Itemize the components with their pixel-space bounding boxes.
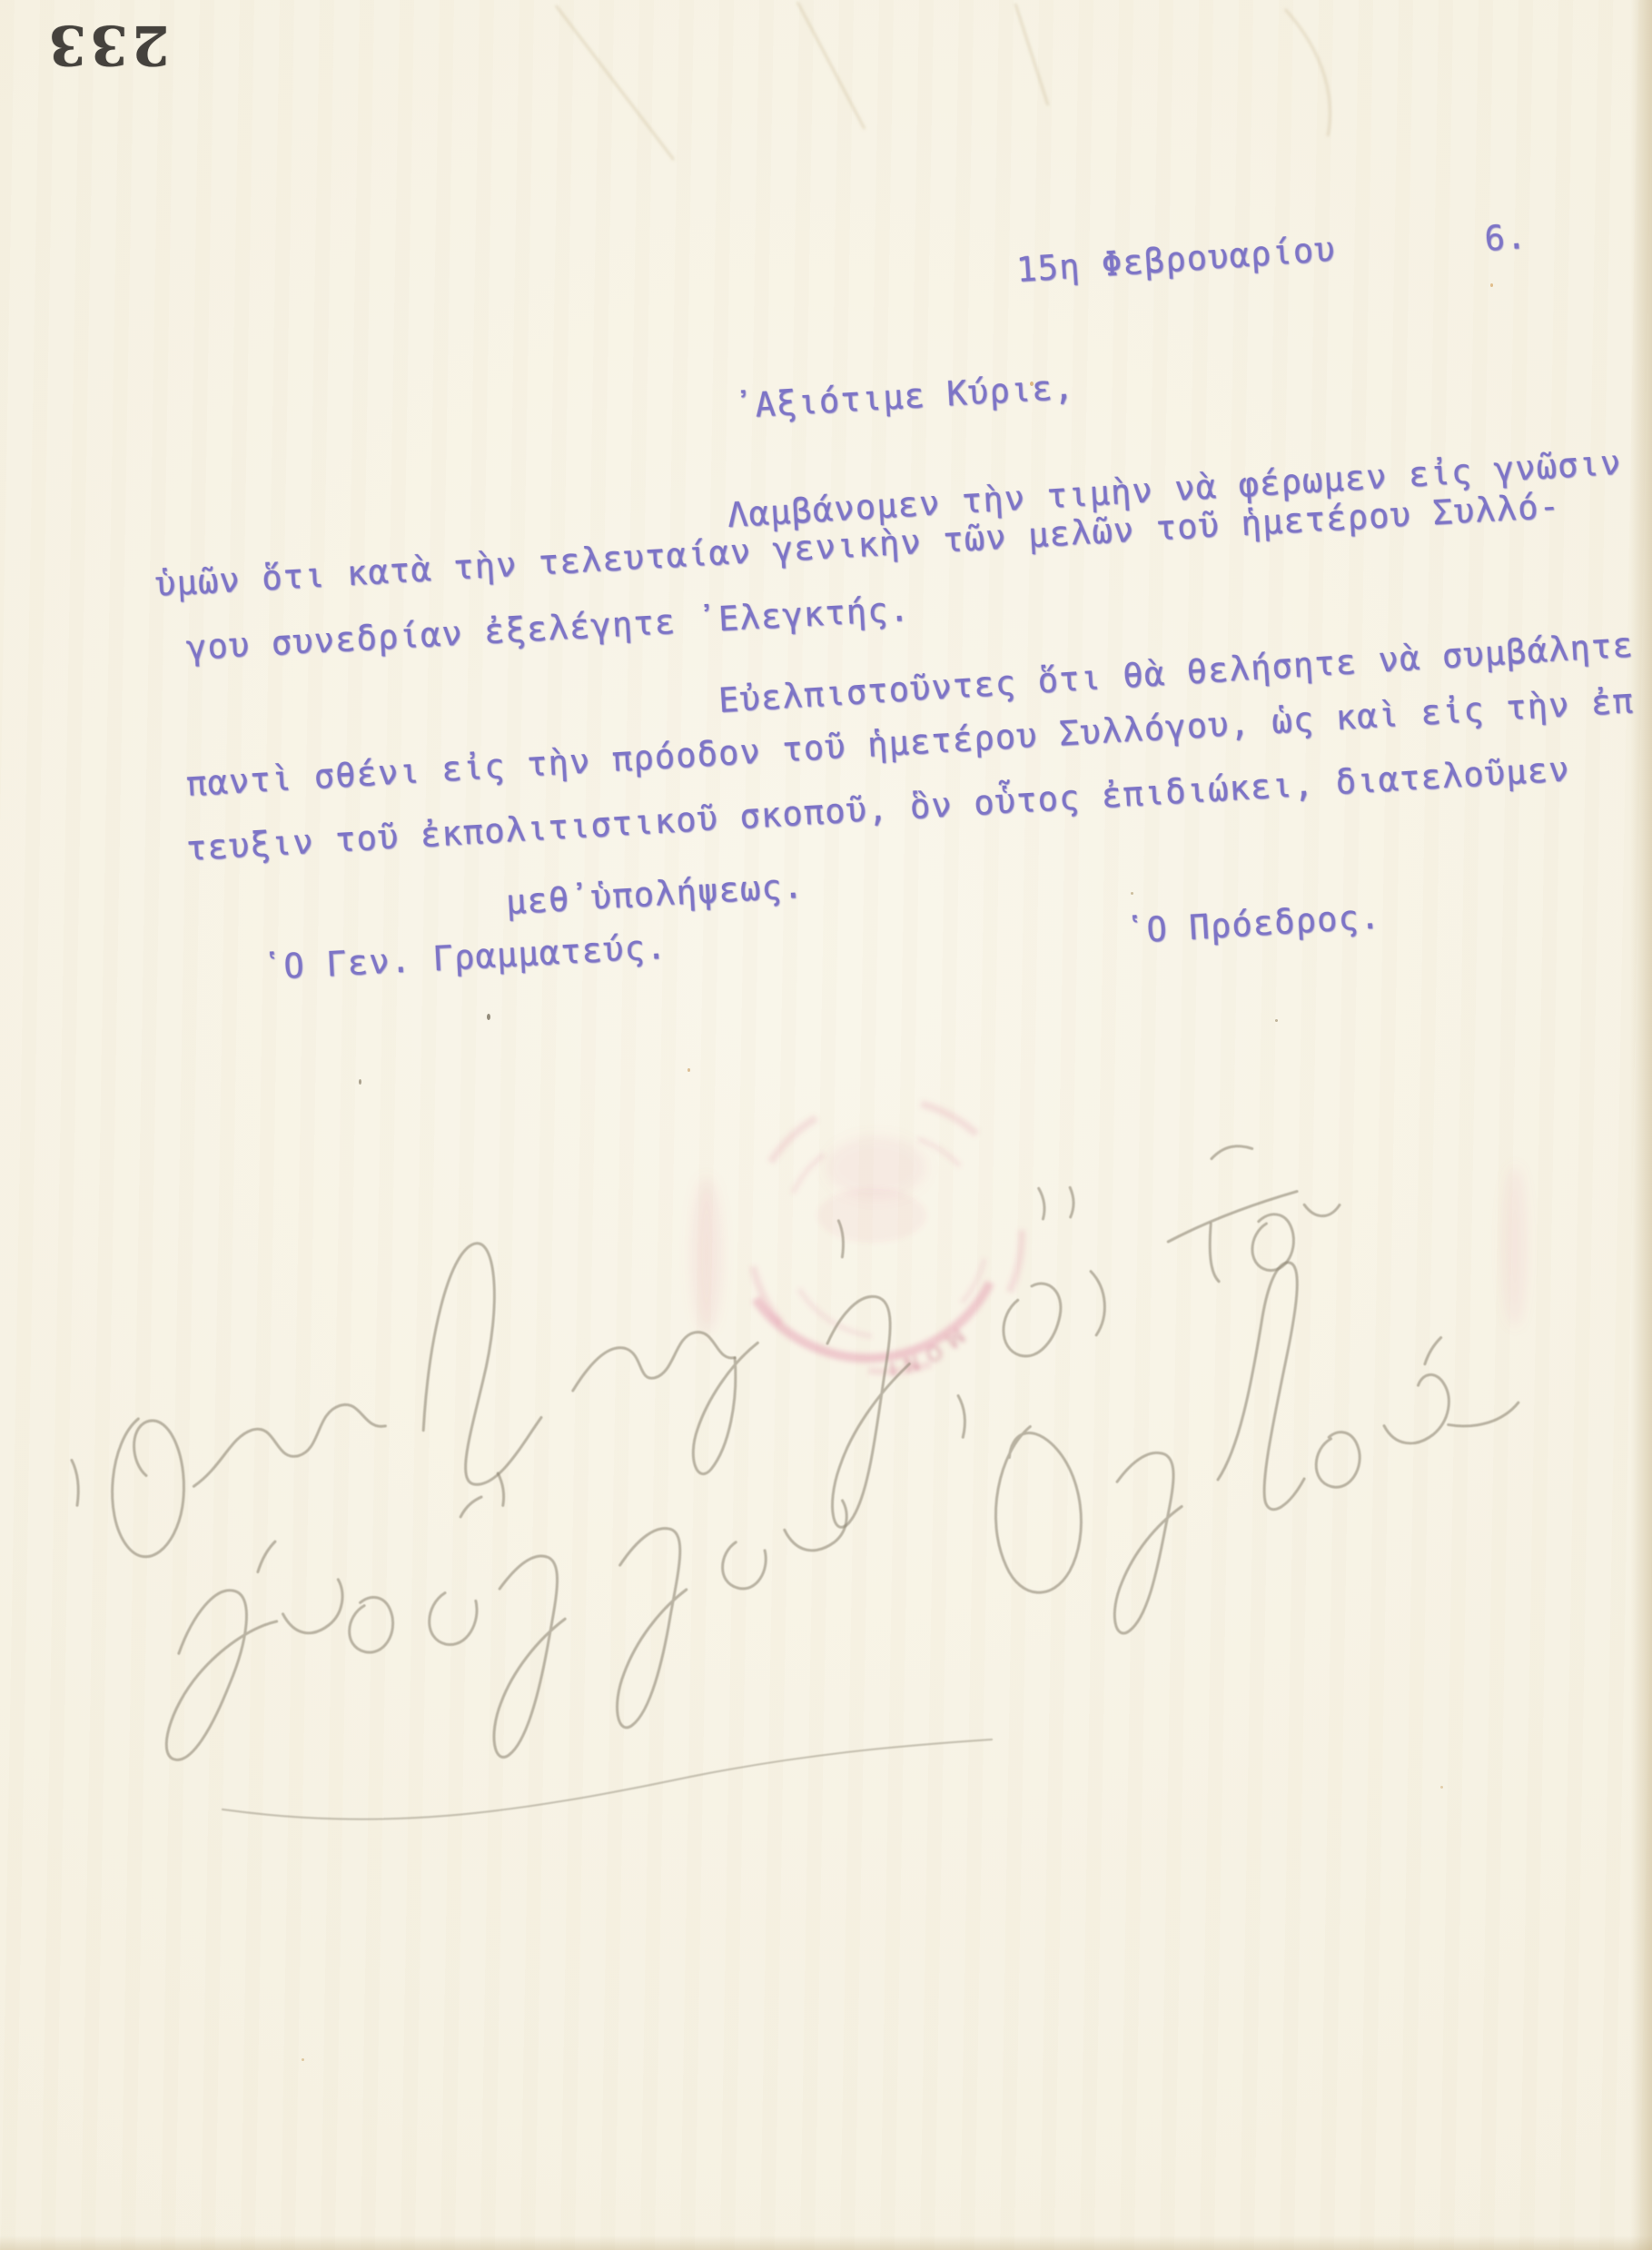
rubber-stamp: ΜΟΝΙ — [694, 1044, 1078, 1428]
pencil-note-line-1 — [42, 1073, 1382, 1676]
scan-overlay: ΜΟΝΙ — [0, 0, 1652, 2250]
paper-speck — [1490, 283, 1493, 287]
paper-speck — [302, 2058, 304, 2061]
crease-marks — [556, 2, 1331, 160]
body-line-7: μεθ᾽ὑπολήψεως. — [505, 868, 805, 922]
paper-speck — [1275, 1019, 1278, 1022]
paper-sheet: 233 15η Φεβρουαρίου 6. ᾽Αξιότιμε Κύριε, … — [0, 0, 1652, 2250]
paper-speck — [1030, 382, 1034, 386]
signature-president: ῾Ο Πρόεδρος. — [1124, 898, 1382, 950]
salutation-line: ᾽Αξιότιμε Κύριε, — [733, 369, 1075, 425]
pencil-note-line-2 — [119, 1230, 1548, 1809]
paper-speck — [1440, 1786, 1443, 1789]
paper-speck — [359, 1079, 361, 1085]
svg-text:ΜΟΝΙ: ΜΟΝΙ — [880, 1323, 969, 1382]
paper-speck — [688, 1068, 690, 1072]
page-number: 233 — [44, 13, 171, 76]
ink-smudges — [692, 1136, 1526, 1333]
date-line: 15η Φεβρουαρίου 6. — [1015, 219, 1528, 290]
signature-secretary: ῾Ο Γεν. Γραμματεύς. — [262, 929, 668, 987]
body-line-3: γου συνεδρίαν ἐξελέγητε ᾽Ελεγκτής. — [185, 591, 911, 668]
paper-speck — [1131, 892, 1133, 895]
pencil-underline — [223, 1740, 992, 1819]
stamp-letters: ΜΟΝΙ — [880, 1323, 969, 1382]
paper-speck — [487, 1014, 490, 1020]
